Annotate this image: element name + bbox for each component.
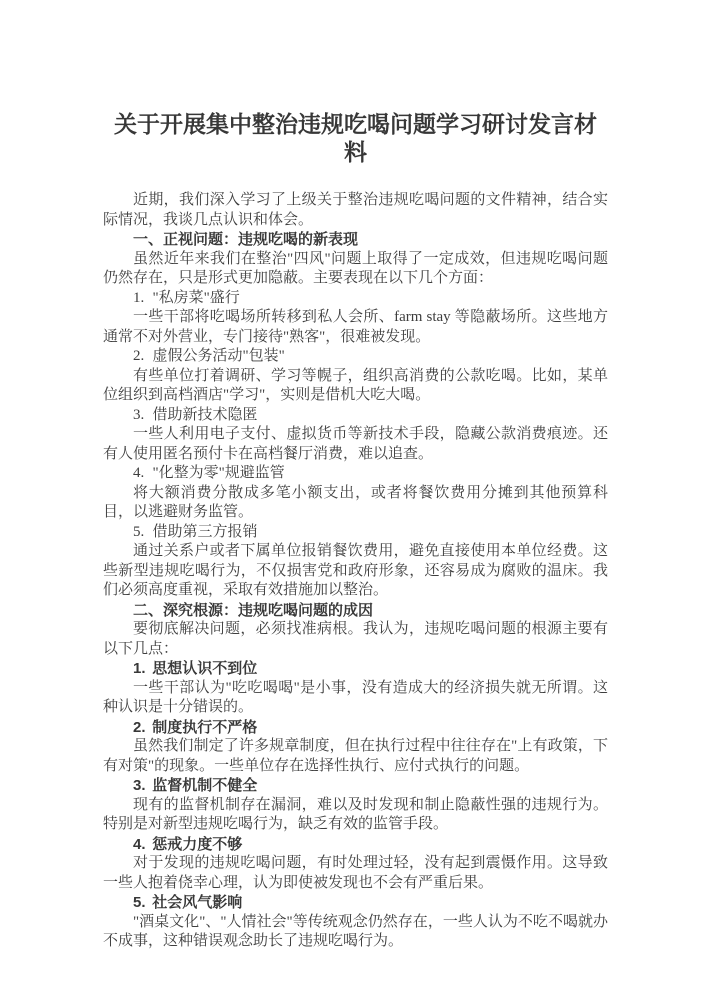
item-title: 借助新技术隐匿 (153, 407, 258, 423)
item-number: 1. (133, 290, 144, 306)
section-1-item-4-title: 4."化整为零"规避监管 (103, 464, 608, 484)
section-2-item-1-title: 1.思想认识不到位 (103, 659, 608, 679)
section-1-item-2-body: 有些单位打着调研、学习等幌子，组织高消费的公款吃喝。比如，某单位组织到高档酒店"… (103, 367, 608, 406)
section-2-item-3-body: 现有的监督机制存在漏洞，难以及时发现和制止隐蔽性强的违规行为。特别是对新型违规吃… (103, 796, 608, 835)
section-2-item-4-body: 对于发现的违规吃喝问题，有时处理过轻，没有起到震慑作用。这导致一些人抱着侥幸心理… (103, 854, 608, 893)
item-number: 5. (133, 894, 146, 911)
item-title: 制度执行不严格 (152, 719, 257, 736)
section-2-item-2-title: 2.制度执行不严格 (103, 718, 608, 738)
item-number: 2. (133, 348, 144, 364)
section-1-heading: 一、正视问题：违规吃喝的新表现 (103, 230, 608, 250)
section-1-item-1-body: 一些干部将吃喝场所转移到私人会所、farm stay 等隐蔽场所。这些地方通常不… (103, 308, 608, 347)
section-1-item-5-body: 通过关系户或者下属单位报销餐饮费用，避免直接使用本单位经费。这些新型违规吃喝行为… (103, 542, 608, 601)
document-title: 关于开展集中整治违规吃喝问题学习研讨发言材料 (103, 110, 608, 166)
intro-paragraph: 近期，我们深入学习了上级关于整治违规吃喝问题的文件精神，结合实际情况，我谈几点认… (103, 191, 608, 230)
section-2-item-4-title: 4.惩戒力度不够 (103, 835, 608, 855)
section-2-heading: 二、深究根源：违规吃喝问题的成因 (103, 601, 608, 621)
section-1-lead: 虽然近年来我们在整治"四风"问题上取得了一定成效，但违规吃喝问题仍然存在，只是形… (103, 250, 608, 289)
section-1-item-1-title: 1."私房菜"盛行 (103, 289, 608, 309)
section-1-item-5-title: 5.借助第三方报销 (103, 523, 608, 543)
item-number: 1. (133, 660, 146, 677)
item-title: 监督机制不健全 (152, 777, 257, 794)
item-title: "化整为零"规避监管 (153, 465, 285, 481)
item-number: 3. (133, 777, 146, 794)
item-number: 3. (133, 407, 144, 423)
item-number: 2. (133, 719, 146, 736)
item-title: 社会风气影响 (152, 894, 242, 911)
item-title: 虚假公务活动"包装" (153, 348, 285, 364)
section-2-item-2-body: 虽然我们制定了许多规章制度，但在执行过程中往往存在"上有政策，下有对策"的现象。… (103, 737, 608, 776)
section-2-item-1-body: 一些干部认为"吃吃喝喝"是小事，没有造成大的经济损失就无所谓。这种认识是十分错误… (103, 679, 608, 718)
section-2-item-5-body: "酒桌文化"、"人情社会"等传统观念仍然存在，一些人认为不吃不喝就办不成事，这种… (103, 913, 608, 952)
section-2-item-3-title: 3.监督机制不健全 (103, 776, 608, 796)
item-number: 4. (133, 836, 146, 853)
section-1-item-4-body: 将大额消费分散成多笔小额支出，或者将餐饮费用分摊到其他预算科目，以逃避财务监管。 (103, 484, 608, 523)
item-number: 4. (133, 465, 144, 481)
item-title: 惩戒力度不够 (152, 836, 242, 853)
item-title: "私房菜"盛行 (153, 290, 240, 306)
document-content: 关于开展集中整治违规吃喝问题学习研讨发言材料 近期，我们深入学习了上级关于整治违… (0, 0, 711, 952)
section-1-item-3-body: 一些人利用电子支付、虚拟货币等新技术手段，隐藏公款消费痕迹。还有人使用匿名预付卡… (103, 425, 608, 464)
item-title: 借助第三方报销 (153, 524, 258, 540)
document-page: 关于开展集中整治违规吃喝问题学习研讨发言材料 近期，我们深入学习了上级关于整治违… (0, 0, 711, 1006)
section-1-item-2-title: 2.虚假公务活动"包装" (103, 347, 608, 367)
section-2-lead: 要彻底解决问题，必须找准病根。我认为，违规吃喝问题的根源主要有以下几点： (103, 620, 608, 659)
item-number: 5. (133, 524, 144, 540)
section-1-item-3-title: 3.借助新技术隐匿 (103, 406, 608, 426)
section-2-item-5-title: 5.社会风气影响 (103, 893, 608, 913)
item-title: 思想认识不到位 (152, 660, 257, 677)
